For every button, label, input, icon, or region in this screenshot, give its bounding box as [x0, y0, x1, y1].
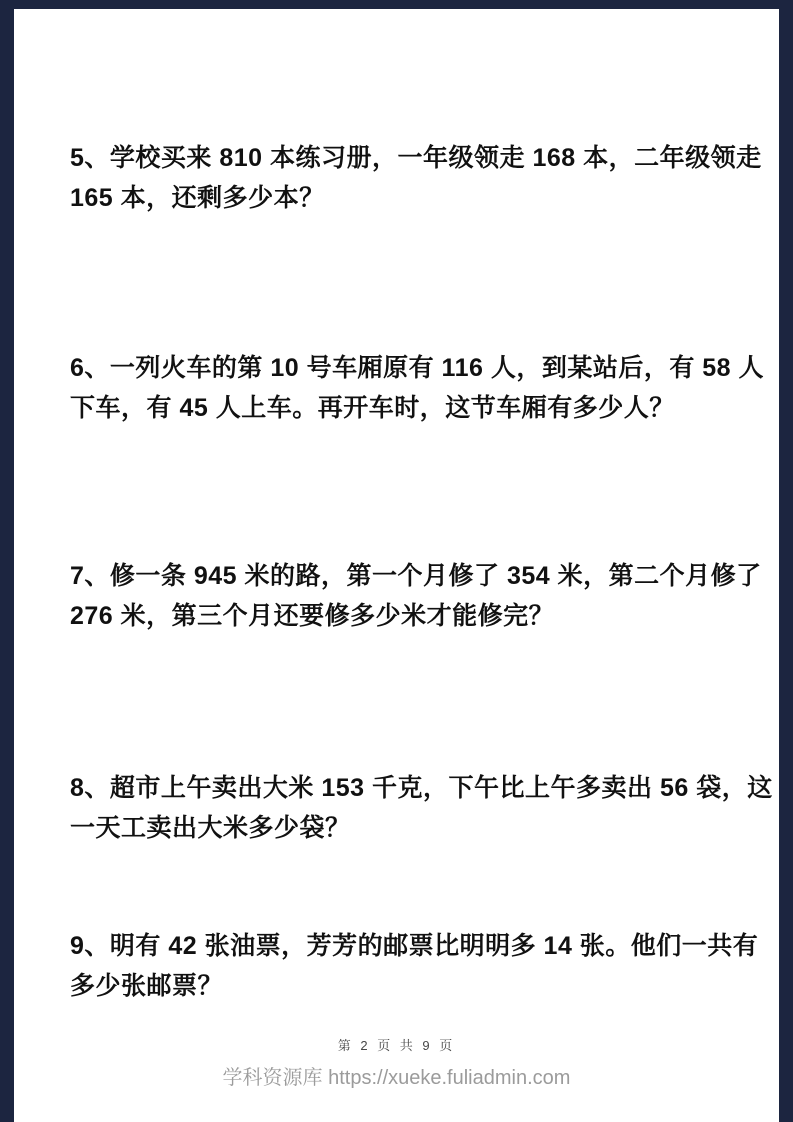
worksheet-page: 5、学校买来 810 本练习册，一年级领走 168 本，二年级领走 165 本，…: [0, 0, 793, 1122]
question-6: 6、一列火车的第 10 号车厢原有 116 人，到某站后，有 58 人 下车，有…: [70, 348, 740, 428]
question-9-line-2: 多少张邮票？: [70, 966, 740, 1006]
scan-edge-right: [779, 0, 793, 1122]
question-9: 9、明有 42 张油票，芳芳的邮票比明明多 14 张。他们一共有 多少张邮票？: [70, 926, 740, 1006]
question-8: 8、超市上午卖出大米 153 千克，下午比上午多卖出 56 袋，这 一天工卖出大…: [70, 768, 740, 848]
question-8-line-1: 8、超市上午卖出大米 153 千克，下午比上午多卖出 56 袋，这: [70, 768, 740, 808]
question-7-line-2: 276 米，第三个月还要修多少米才能修完？: [70, 596, 740, 636]
watermark-source-url: 学科资源库 https://xueke.fuliadmin.com: [0, 1064, 793, 1092]
question-7-line-1: 7、修一条 945 米的路，第一个月修了 354 米，第二个月修了: [70, 556, 740, 596]
question-5-line-1: 5、学校买来 810 本练习册，一年级领走 168 本，二年级领走: [70, 138, 740, 178]
question-9-line-1: 9、明有 42 张油票，芳芳的邮票比明明多 14 张。他们一共有: [70, 926, 740, 966]
scan-edge-top: [0, 0, 793, 9]
scan-edge-left: [0, 0, 14, 1122]
question-7: 7、修一条 945 米的路，第一个月修了 354 米，第二个月修了 276 米，…: [70, 556, 740, 636]
question-6-line-2: 下车，有 45 人上车。再开车时，这节车厢有多少人？: [70, 388, 740, 428]
question-5-line-2: 165 本，还剩多少本？: [70, 178, 740, 218]
page-number-label: 第 2 页 共 9 页: [0, 1037, 793, 1055]
question-6-line-1: 6、一列火车的第 10 号车厢原有 116 人，到某站后，有 58 人: [70, 348, 740, 388]
question-5: 5、学校买来 810 本练习册，一年级领走 168 本，二年级领走 165 本，…: [70, 138, 740, 218]
question-8-line-2: 一天工卖出大米多少袋？: [70, 808, 740, 848]
